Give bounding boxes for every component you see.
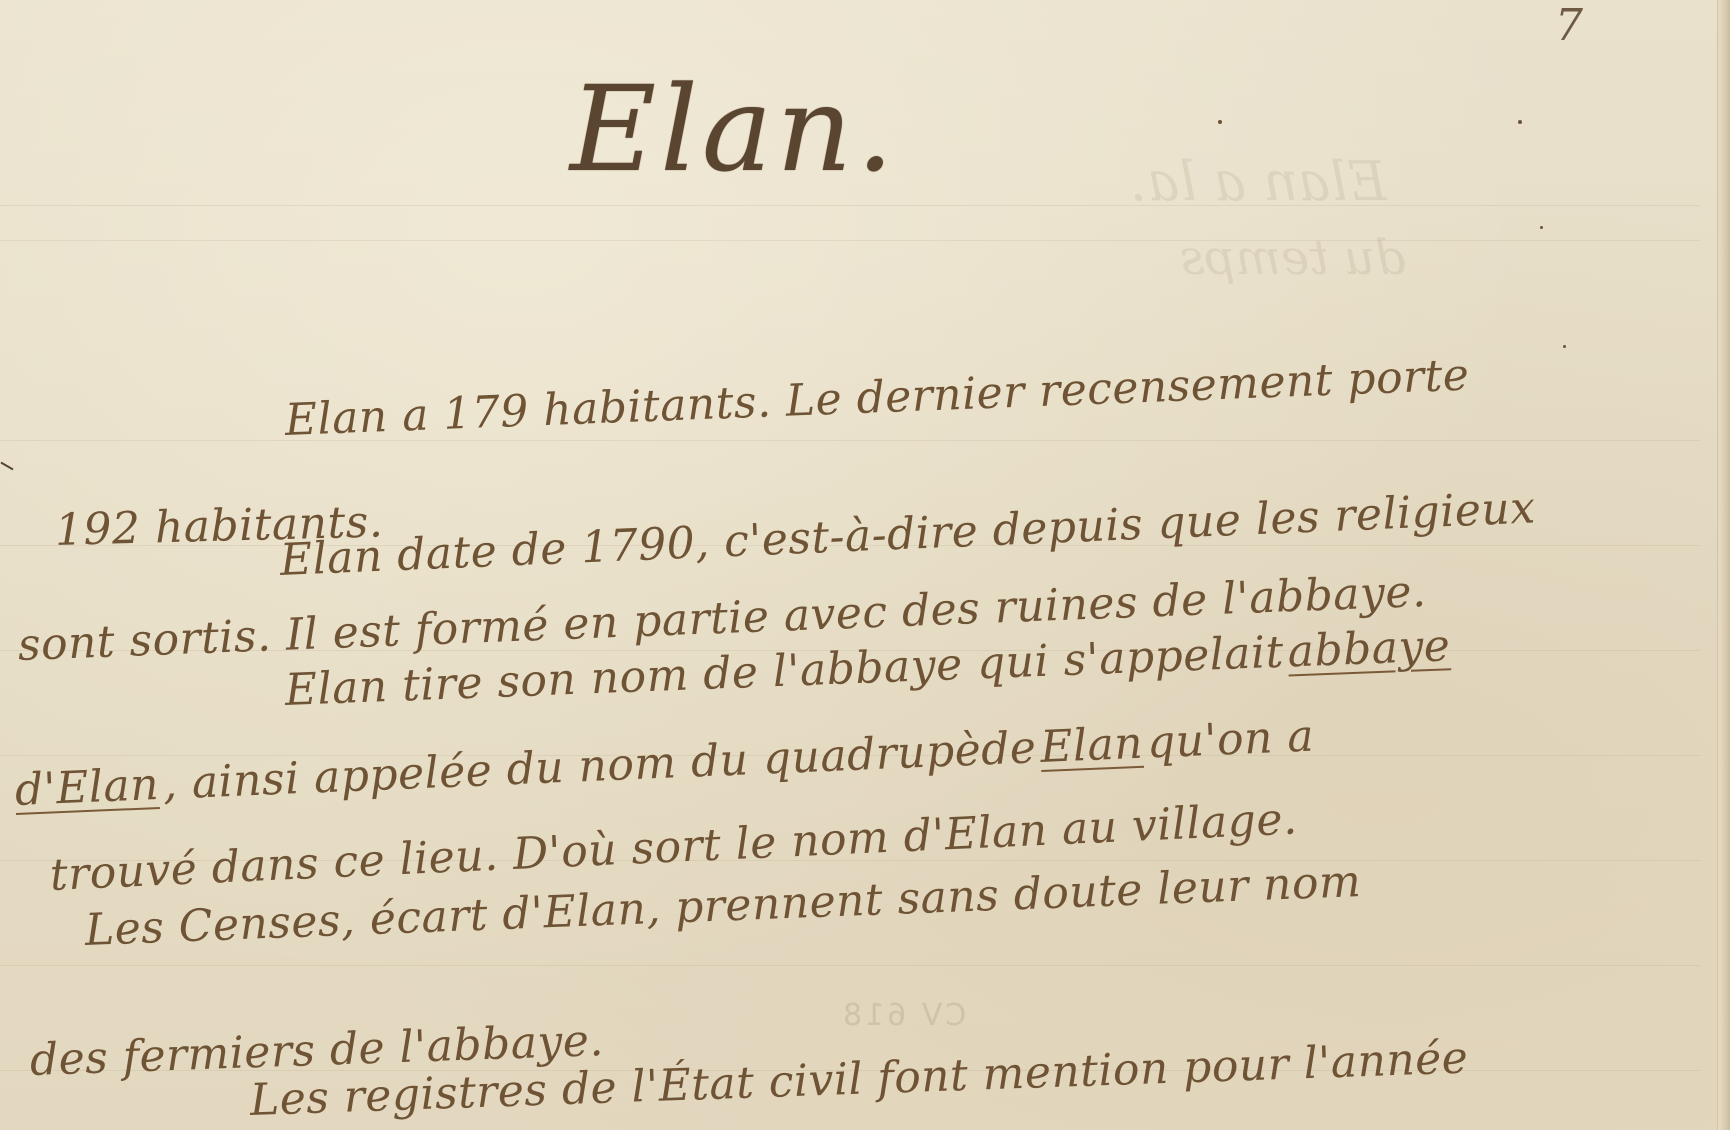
ink-speck (1218, 120, 1222, 124)
margin-mark (0, 462, 13, 471)
page-title: Elan. (570, 60, 898, 198)
underlined-elan: Elan (1039, 718, 1144, 773)
archive-stamp: CV 618 (840, 998, 966, 1033)
folio-number: 7 (1555, 0, 1583, 51)
ruled-line (0, 440, 1700, 441)
ruled-line (0, 240, 1700, 241)
text-line-6-end: qu'on a (1146, 711, 1315, 769)
underlined-abbaye: abbaye (1287, 620, 1452, 677)
ruled-line (0, 205, 1700, 206)
ink-speck (1563, 345, 1566, 348)
ink-speck (1540, 226, 1543, 229)
manuscript-page: Elan a la. du temps 7 Elan. Elan a 179 h… (0, 0, 1730, 1130)
text-line-6: d'Elan , ainsi appelée du nom du quadrup… (14, 711, 1315, 816)
text-line-1: Elan a 179 habitants. Le dernier recense… (284, 350, 1470, 446)
page-edge (1717, 0, 1730, 1130)
bleed-through-text: du temps (1180, 230, 1405, 286)
text-line-6-main: , ainsi appelée du nom du quadrupède (162, 722, 1038, 810)
ink-speck (1518, 120, 1522, 124)
underlined-d-elan: d'Elan (14, 759, 160, 816)
bleed-through-text: Elan a la. (1130, 150, 1387, 213)
ruled-line (0, 965, 1700, 966)
